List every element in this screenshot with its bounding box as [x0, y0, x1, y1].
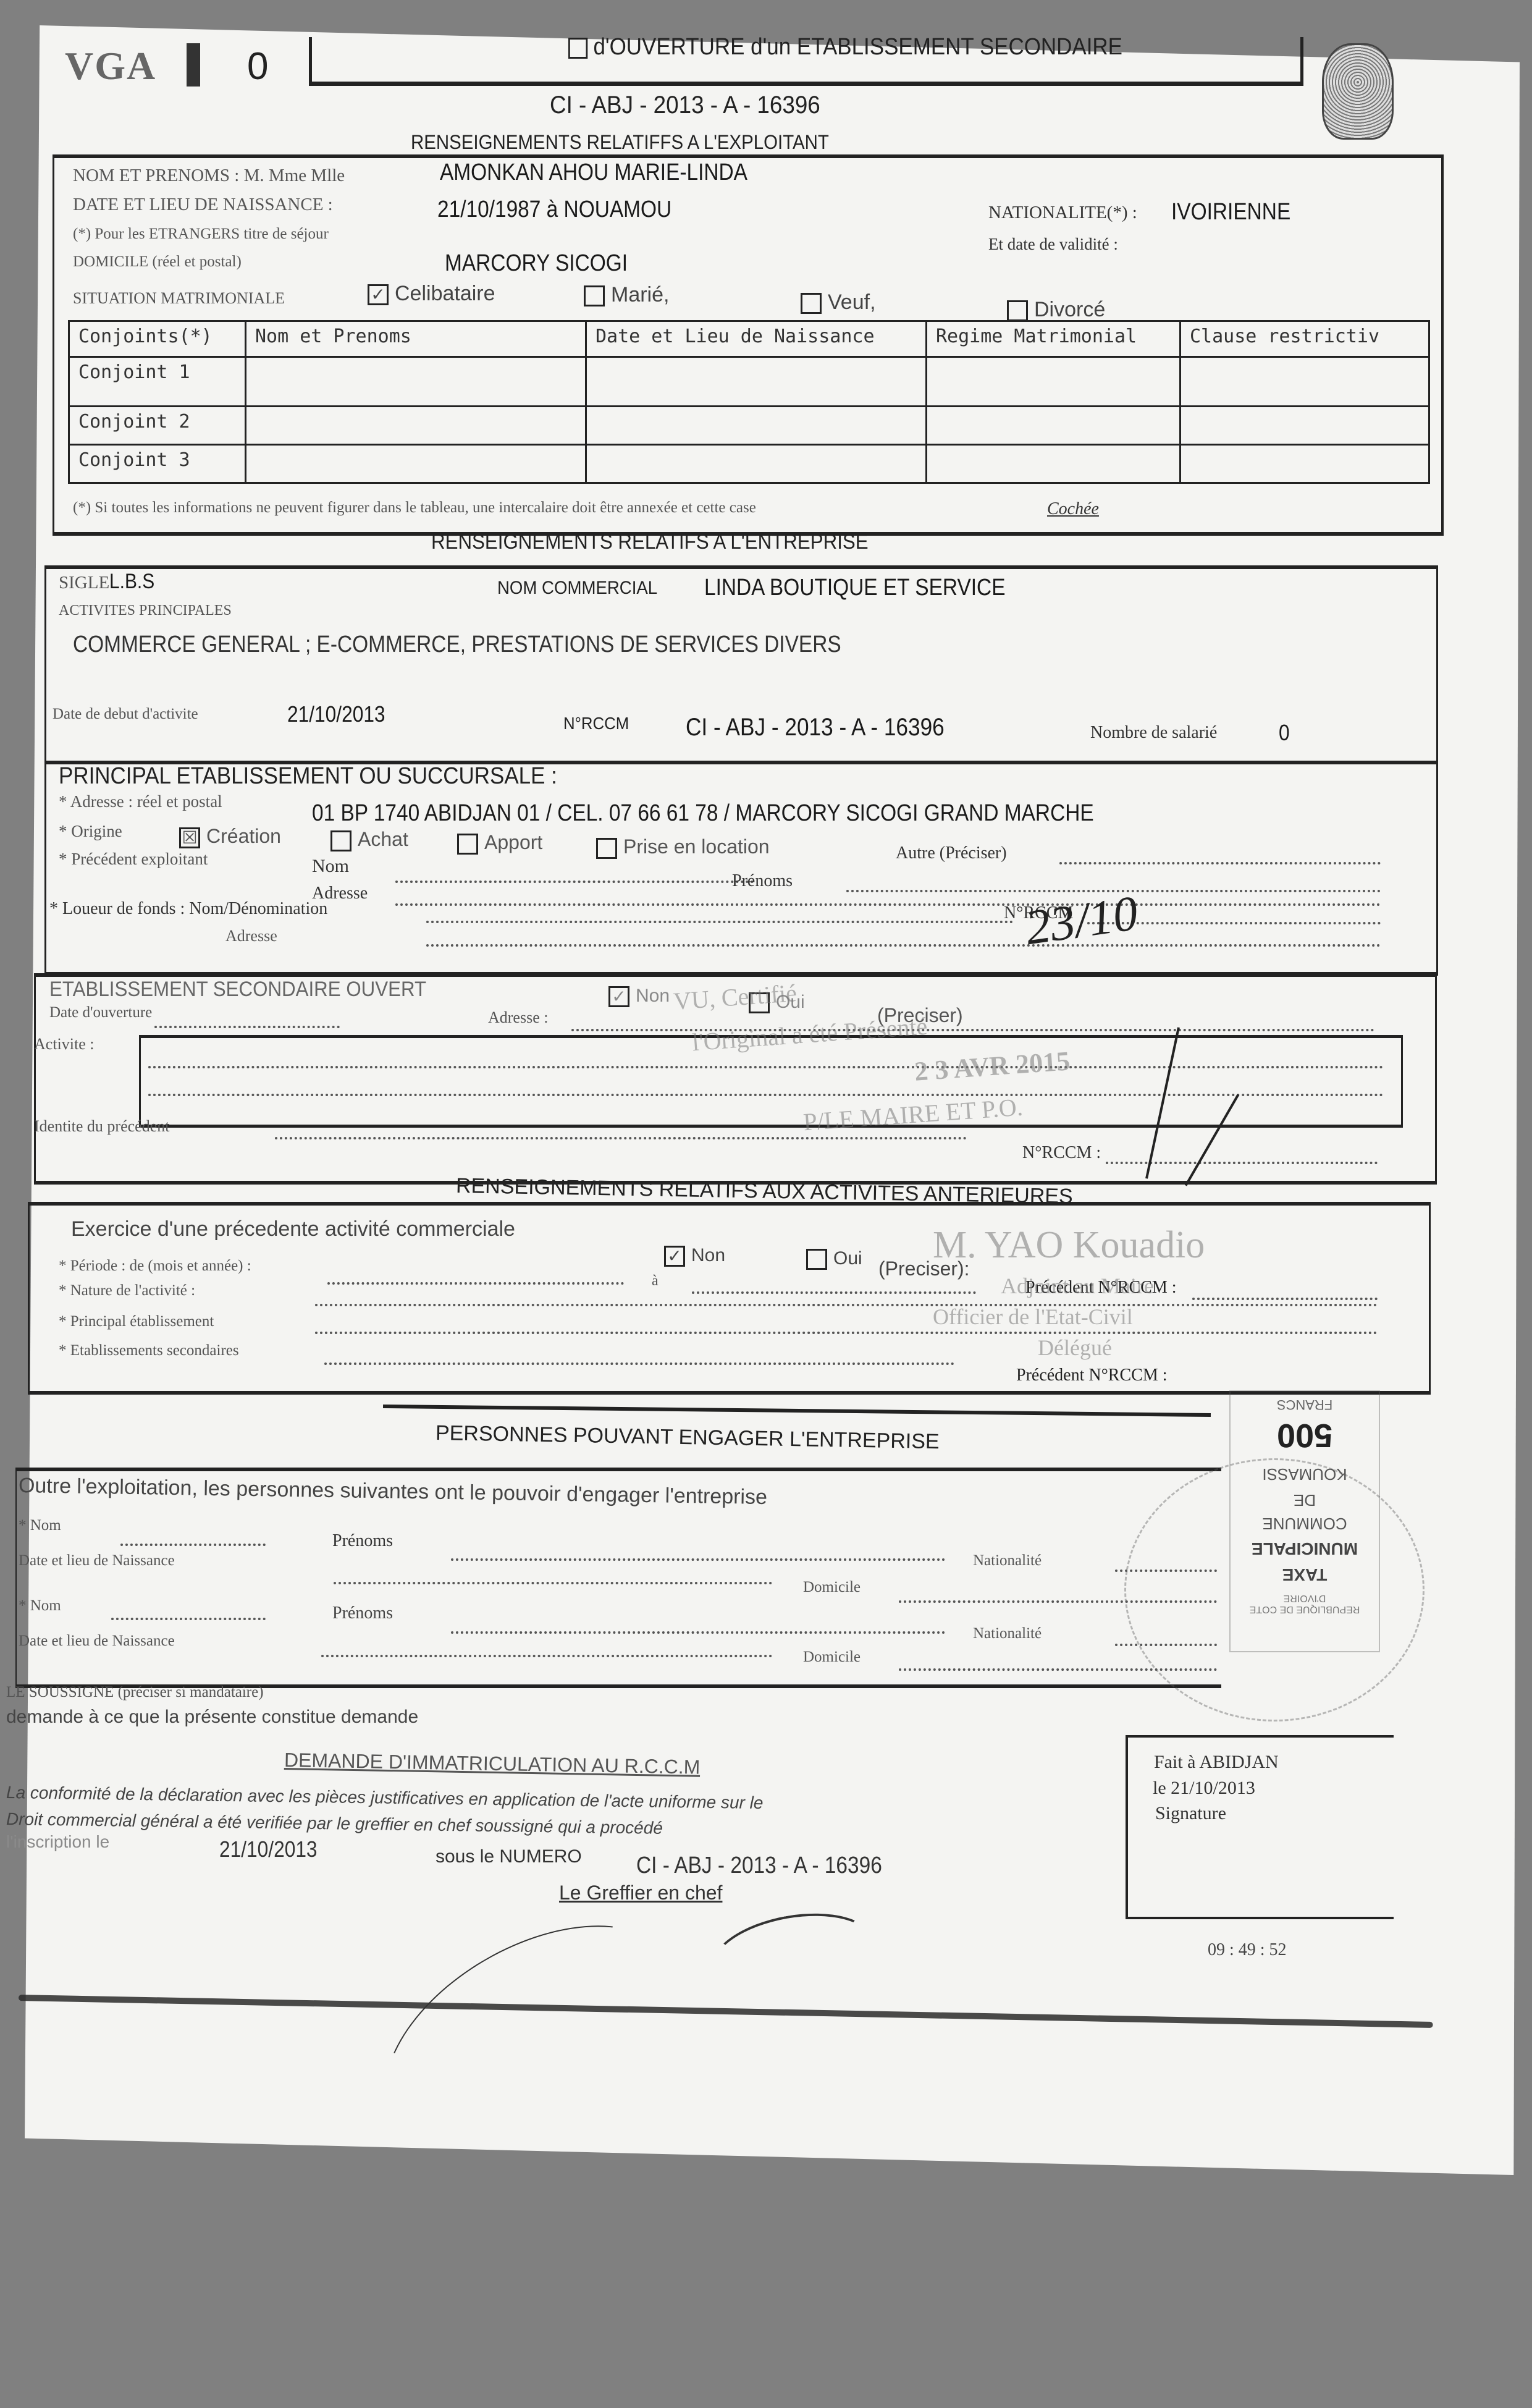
soussigne-label: LE SOUSSIGNE (préciser si mandataire): [6, 1684, 264, 1701]
sigle-field: SIGLEL.B.S: [59, 570, 161, 594]
personne-1-prenoms-label: Prénoms: [332, 1531, 393, 1551]
personne-2-prenoms-field[interactable]: [451, 1631, 945, 1634]
principal-etab-field[interactable]: [315, 1332, 1378, 1334]
situation-option-celibataire[interactable]: ✓Celibataire: [368, 282, 495, 306]
origine-option-apport[interactable]: Apport: [457, 831, 542, 855]
apport-checkbox[interactable]: [457, 834, 478, 855]
tax-stamp-taxe: TAXE: [1231, 1565, 1379, 1584]
exercice-label: Exercice d'une précedente activité comme…: [71, 1217, 515, 1241]
personne-2-nom-field[interactable]: [111, 1618, 266, 1620]
conjoint-3-regime[interactable]: [927, 445, 1181, 483]
etrangers-label: (*) Pour les ETRANGERS titre de séjour: [73, 226, 329, 243]
marie-label: Marié,: [611, 283, 669, 306]
table-row: Conjoint 3: [69, 445, 1429, 483]
periode-de-field[interactable]: [327, 1282, 624, 1285]
personne-2-domicile-label: Domicile: [803, 1649, 861, 1666]
precedent-rccm2-label: Précédent N°RCCM :: [1016, 1366, 1168, 1385]
origine-option-location[interactable]: Prise en location: [596, 835, 770, 859]
sigle-value: L.B.S: [109, 570, 154, 594]
autre-label: Autre (Préciser): [896, 843, 1007, 863]
officer-stamp-line4: Délégué: [1038, 1335, 1112, 1361]
entreprise-section-title: RENSEIGNEMENTS RELATIFS A L'ENTREPRISE: [431, 530, 869, 554]
veuf-checkbox[interactable]: [801, 293, 822, 314]
veuf-label: Veuf,: [828, 290, 876, 314]
col-nom-prenoms: Nom et Prenoms: [246, 321, 586, 357]
secondaire-non-checkbox[interactable]: ✓: [608, 986, 629, 1007]
rccm-value: CI - ABJ - 2013 - A - 16396: [686, 714, 945, 741]
personne-2-nom-label: * Nom: [19, 1597, 61, 1615]
loueur-field[interactable]: [426, 921, 1013, 923]
identite-precedent-field[interactable]: [275, 1137, 967, 1139]
personne-1-domicile-label: Domicile: [803, 1579, 861, 1596]
activite-line-2[interactable]: [148, 1094, 1384, 1096]
nom-label: NOM ET PRENOMS : M. Mme Mlle: [73, 166, 345, 186]
activite-line-1[interactable]: [148, 1066, 1384, 1068]
inscription-date: 21/10/2013: [219, 1836, 318, 1862]
loueur-label: * Loueur de fonds : Nom/Dénomination: [49, 899, 327, 919]
autre-field[interactable]: [1059, 862, 1381, 864]
activites-value: COMMERCE GENERAL ; E-COMMERCE, PRESTATIO…: [73, 632, 841, 658]
location-label: Prise en location: [623, 835, 770, 858]
conjoint-1-clause[interactable]: [1181, 357, 1429, 407]
identite-precedent-label: Identite du précédent: [34, 1117, 169, 1136]
tax-stamp-republic: REPUBLIQUE DE COTE D'IVOIRE: [1231, 1592, 1379, 1615]
precedent-exploitant-label: * Précédent exploitant: [59, 850, 208, 869]
personne-2-naissance-field[interactable]: [321, 1655, 772, 1657]
tax-stamp-municipale: MUNICIPALE: [1231, 1539, 1379, 1558]
secondaire-date-label: Date d'ouverture: [49, 1004, 152, 1021]
achat-label: Achat: [358, 828, 408, 850]
tax-stamp-de: DE: [1231, 1490, 1379, 1510]
anterieures-non-option[interactable]: ✓Non: [664, 1245, 725, 1267]
anterieures-non-label: Non: [691, 1245, 725, 1265]
personne-1-nom-label: * Nom: [19, 1517, 61, 1534]
divorce-checkbox[interactable]: [1007, 300, 1028, 321]
tax-stamp: FRANCS 500 KOUMASSI DE COMMUNE MUNICIPAL…: [1229, 1390, 1380, 1652]
principal-adresse-value: 01 BP 1740 ABIDJAN 01 / CEL. 07 66 61 78…: [312, 800, 1094, 827]
naissance-label: DATE ET LIEU DE NAISSANCE :: [73, 195, 333, 215]
principal-adresse-label: * Adresse : réel et postal: [59, 792, 222, 811]
secondaire-non-option[interactable]: ✓Non: [608, 986, 670, 1007]
precedent-adresse-field[interactable]: [395, 903, 1381, 906]
nationalite-label: NATIONALITE(*) :: [988, 203, 1137, 223]
conjoint-1-naissance[interactable]: [586, 357, 927, 407]
nom-value: AMONKAN AHOU MARIE-LINDA: [440, 159, 747, 186]
periode-label: * Période : de (mois et année) :: [59, 1257, 251, 1275]
origine-option-creation[interactable]: ☒Création: [179, 825, 281, 848]
salaries-label: Nombre de salarié: [1090, 723, 1217, 743]
secondaire-title: ETABLISSEMENT SECONDAIRE OUVERT: [49, 978, 426, 1002]
nature-field[interactable]: [315, 1304, 1378, 1306]
precedent-rccm-field[interactable]: [1192, 1298, 1378, 1300]
anterieures-oui-label: Oui: [833, 1248, 862, 1269]
conjoint-2-naissance[interactable]: [586, 407, 927, 445]
anterieures-oui-option[interactable]: Oui: [806, 1248, 862, 1270]
nature-label: * Nature de l'activité :: [59, 1282, 195, 1299]
origine-label: * Origine: [59, 822, 122, 841]
elephant-emblem-icon: [1322, 43, 1394, 140]
secondaire-activite-label: Activite :: [34, 1035, 94, 1054]
origine-option-achat[interactable]: Achat: [330, 828, 408, 851]
signature-label: Signature: [1155, 1803, 1226, 1824]
secondaires-label: * Etablissements secondaires: [59, 1342, 239, 1359]
secondaires-field[interactable]: [324, 1362, 954, 1365]
conjoints-table-header: Conjoints(*) Nom et Prenoms Date et Lieu…: [69, 321, 1429, 357]
header-rccm-number: CI - ABJ - 2013 - A - 16396: [550, 91, 820, 119]
domicile-label: DOMICILE (réel et postal): [73, 253, 242, 271]
personne-2-nationalite-label: Nationalité: [973, 1625, 1042, 1642]
conjoint-2-nom[interactable]: [246, 407, 586, 445]
header-title: d'OUVERTURE d'un ETABLISSEMENT SECONDAIR…: [568, 34, 1122, 61]
situation-option-divorce[interactable]: Divorcé: [1007, 298, 1105, 322]
precedent-nom-field[interactable]: [395, 881, 754, 883]
footnote-cochee: Cochée: [1047, 499, 1099, 519]
principal-title: PRINCIPAL ETABLISSEMENT OU SUCCURSALE :: [59, 763, 557, 790]
creation-checkbox[interactable]: ☒: [179, 827, 200, 848]
personne-1-nationalite-label: Nationalité: [973, 1552, 1042, 1569]
numero-value: CI - ABJ - 2013 - A - 16396: [636, 1852, 882, 1879]
numero-label: sous le NUMERO: [436, 1846, 582, 1867]
fait-label: Fait à ABIDJAN: [1154, 1752, 1279, 1773]
personne-2-naissance-label: Date et lieu de Naissance: [19, 1633, 175, 1650]
nom-commercial-value: LINDA BOUTIQUE ET SERVICE: [704, 575, 1005, 601]
creation-label: Création: [206, 825, 281, 847]
divorce-label: Divorcé: [1034, 298, 1105, 321]
conjoint-3-label: Conjoint 3: [69, 445, 246, 483]
situation-label: SITUATION MATRIMONIALE: [73, 289, 285, 308]
officer-stamp-line2: Adjoint au Maire: [1001, 1273, 1154, 1299]
conjoint-2-regime[interactable]: [927, 407, 1181, 445]
precedent-nom-label: Nom: [312, 856, 349, 877]
signature-date: le 21/10/2013: [1153, 1778, 1255, 1799]
nom-commercial-label: NOM COMMERCIAL: [497, 578, 657, 599]
header-form-mark: [187, 43, 200, 87]
personne-2-prenoms-label: Prénoms: [332, 1603, 393, 1623]
naissance-value: 21/10/1987 à NOUAMOU: [437, 196, 671, 223]
header-form-number: 0: [247, 44, 268, 88]
anterieures-oui-checkbox[interactable]: [806, 1249, 827, 1270]
periode-a-field[interactable]: [692, 1291, 976, 1294]
demande-text: demande à ce que la présente constitue d…: [6, 1707, 418, 1728]
validite-label: Et date de validité :: [988, 235, 1118, 254]
conjoints-footnote: (*) Si toutes les informations ne peuven…: [73, 499, 756, 517]
secondaire-non-label: Non: [636, 986, 670, 1006]
conjoint-3-naissance[interactable]: [586, 445, 927, 483]
header-stamp-prefix: VGA: [65, 43, 156, 89]
greffier-label: Le Greffier en chef: [559, 1882, 722, 1904]
activites-label: ACTIVITES PRINCIPALES: [59, 602, 232, 619]
personne-1-prenoms-field[interactable]: [451, 1558, 945, 1561]
col-conjoints: Conjoints(*): [69, 321, 246, 357]
periode-a-label: à: [652, 1273, 659, 1290]
secondaire-date-field[interactable]: [154, 1026, 340, 1028]
celibataire-label: Celibataire: [395, 282, 495, 305]
achat-checkbox[interactable]: [330, 830, 351, 851]
anterieures-non-checkbox[interactable]: ✓: [664, 1246, 685, 1267]
secondaire-adresse-label: Adresse :: [488, 1008, 548, 1027]
debut-value: 21/10/2013: [287, 701, 385, 727]
secondaire-rccm-label: N°RCCM :: [1022, 1143, 1101, 1163]
personne-1-nom-field[interactable]: [120, 1544, 266, 1546]
principal-etab-label: * Principal établissement: [59, 1313, 214, 1330]
conjoint-1-nom[interactable]: [246, 357, 586, 407]
personne-1-naissance-field[interactable]: [334, 1582, 772, 1584]
conjoint-3-nom[interactable]: [246, 445, 586, 483]
rccm-label: N°RCCM: [563, 714, 629, 733]
sigle-label: SIGLE: [59, 573, 109, 593]
conjoint-1-label: Conjoint 1: [69, 357, 246, 407]
col-date-lieu-naissance: Date et Lieu de Naissance: [586, 321, 927, 357]
loueur-adresse-field[interactable]: [426, 944, 1381, 947]
situation-option-veuf[interactable]: Veuf,: [801, 290, 876, 315]
header-title-label: d'OUVERTURE d'un ETABLISSEMENT SECONDAIR…: [593, 34, 1122, 60]
debut-label: Date de debut d'activite: [53, 706, 198, 723]
apport-label: Apport: [484, 831, 542, 853]
conjoint-1-regime[interactable]: [927, 357, 1181, 407]
tax-stamp-commune-name: KOUMASSI: [1231, 1464, 1379, 1484]
col-regime-matrimonial: Regime Matrimonial: [927, 321, 1181, 357]
officer-stamp-line3: Officier de l'Etat-Civil: [933, 1304, 1133, 1330]
timestamp: 09 : 49 : 52: [1208, 1940, 1287, 1960]
exploitant-section-title: RENSEIGNEMENTS RELATIFFS A L'EXPLOITANT: [411, 131, 829, 154]
precedent-prenoms-label: Prénoms: [732, 871, 793, 891]
conjoint-2-label: Conjoint 2: [69, 407, 246, 445]
table-row: Conjoint 2: [69, 407, 1429, 445]
personne-1-naissance-label: Date et lieu de Naissance: [19, 1552, 175, 1569]
conjoint-3-clause[interactable]: [1181, 445, 1429, 483]
marie-checkbox[interactable]: [584, 285, 605, 306]
loueur-adresse-label: Adresse: [225, 927, 277, 945]
col-clause-restrictive: Clause restrictiv: [1181, 321, 1429, 357]
tax-stamp-currency: FRANCS: [1231, 1396, 1379, 1413]
secondaire-rccm-field[interactable]: [1106, 1162, 1378, 1164]
conjoint-2-clause[interactable]: [1181, 407, 1429, 445]
tax-stamp-amount: 500: [1231, 1416, 1379, 1455]
table-row: Conjoint 1: [69, 357, 1429, 407]
location-checkbox[interactable]: [596, 838, 617, 859]
officer-stamp-name: M. YAO Kouadio: [933, 1223, 1205, 1267]
situation-option-marie[interactable]: Marié,: [584, 283, 669, 307]
inscription-label: l'inscription le: [6, 1832, 109, 1852]
nationalite-value: IVOIRIENNE: [1171, 199, 1290, 226]
title-checkbox[interactable]: [568, 38, 587, 59]
conjoints-table: Conjoints(*) Nom et Prenoms Date et Lieu…: [68, 320, 1430, 484]
tax-stamp-commune: COMMUNE: [1231, 1514, 1379, 1533]
salaries-value: 0: [1279, 720, 1290, 746]
celibataire-checkbox[interactable]: ✓: [368, 284, 389, 305]
domicile-value: MARCORY SICOGI: [445, 250, 628, 277]
